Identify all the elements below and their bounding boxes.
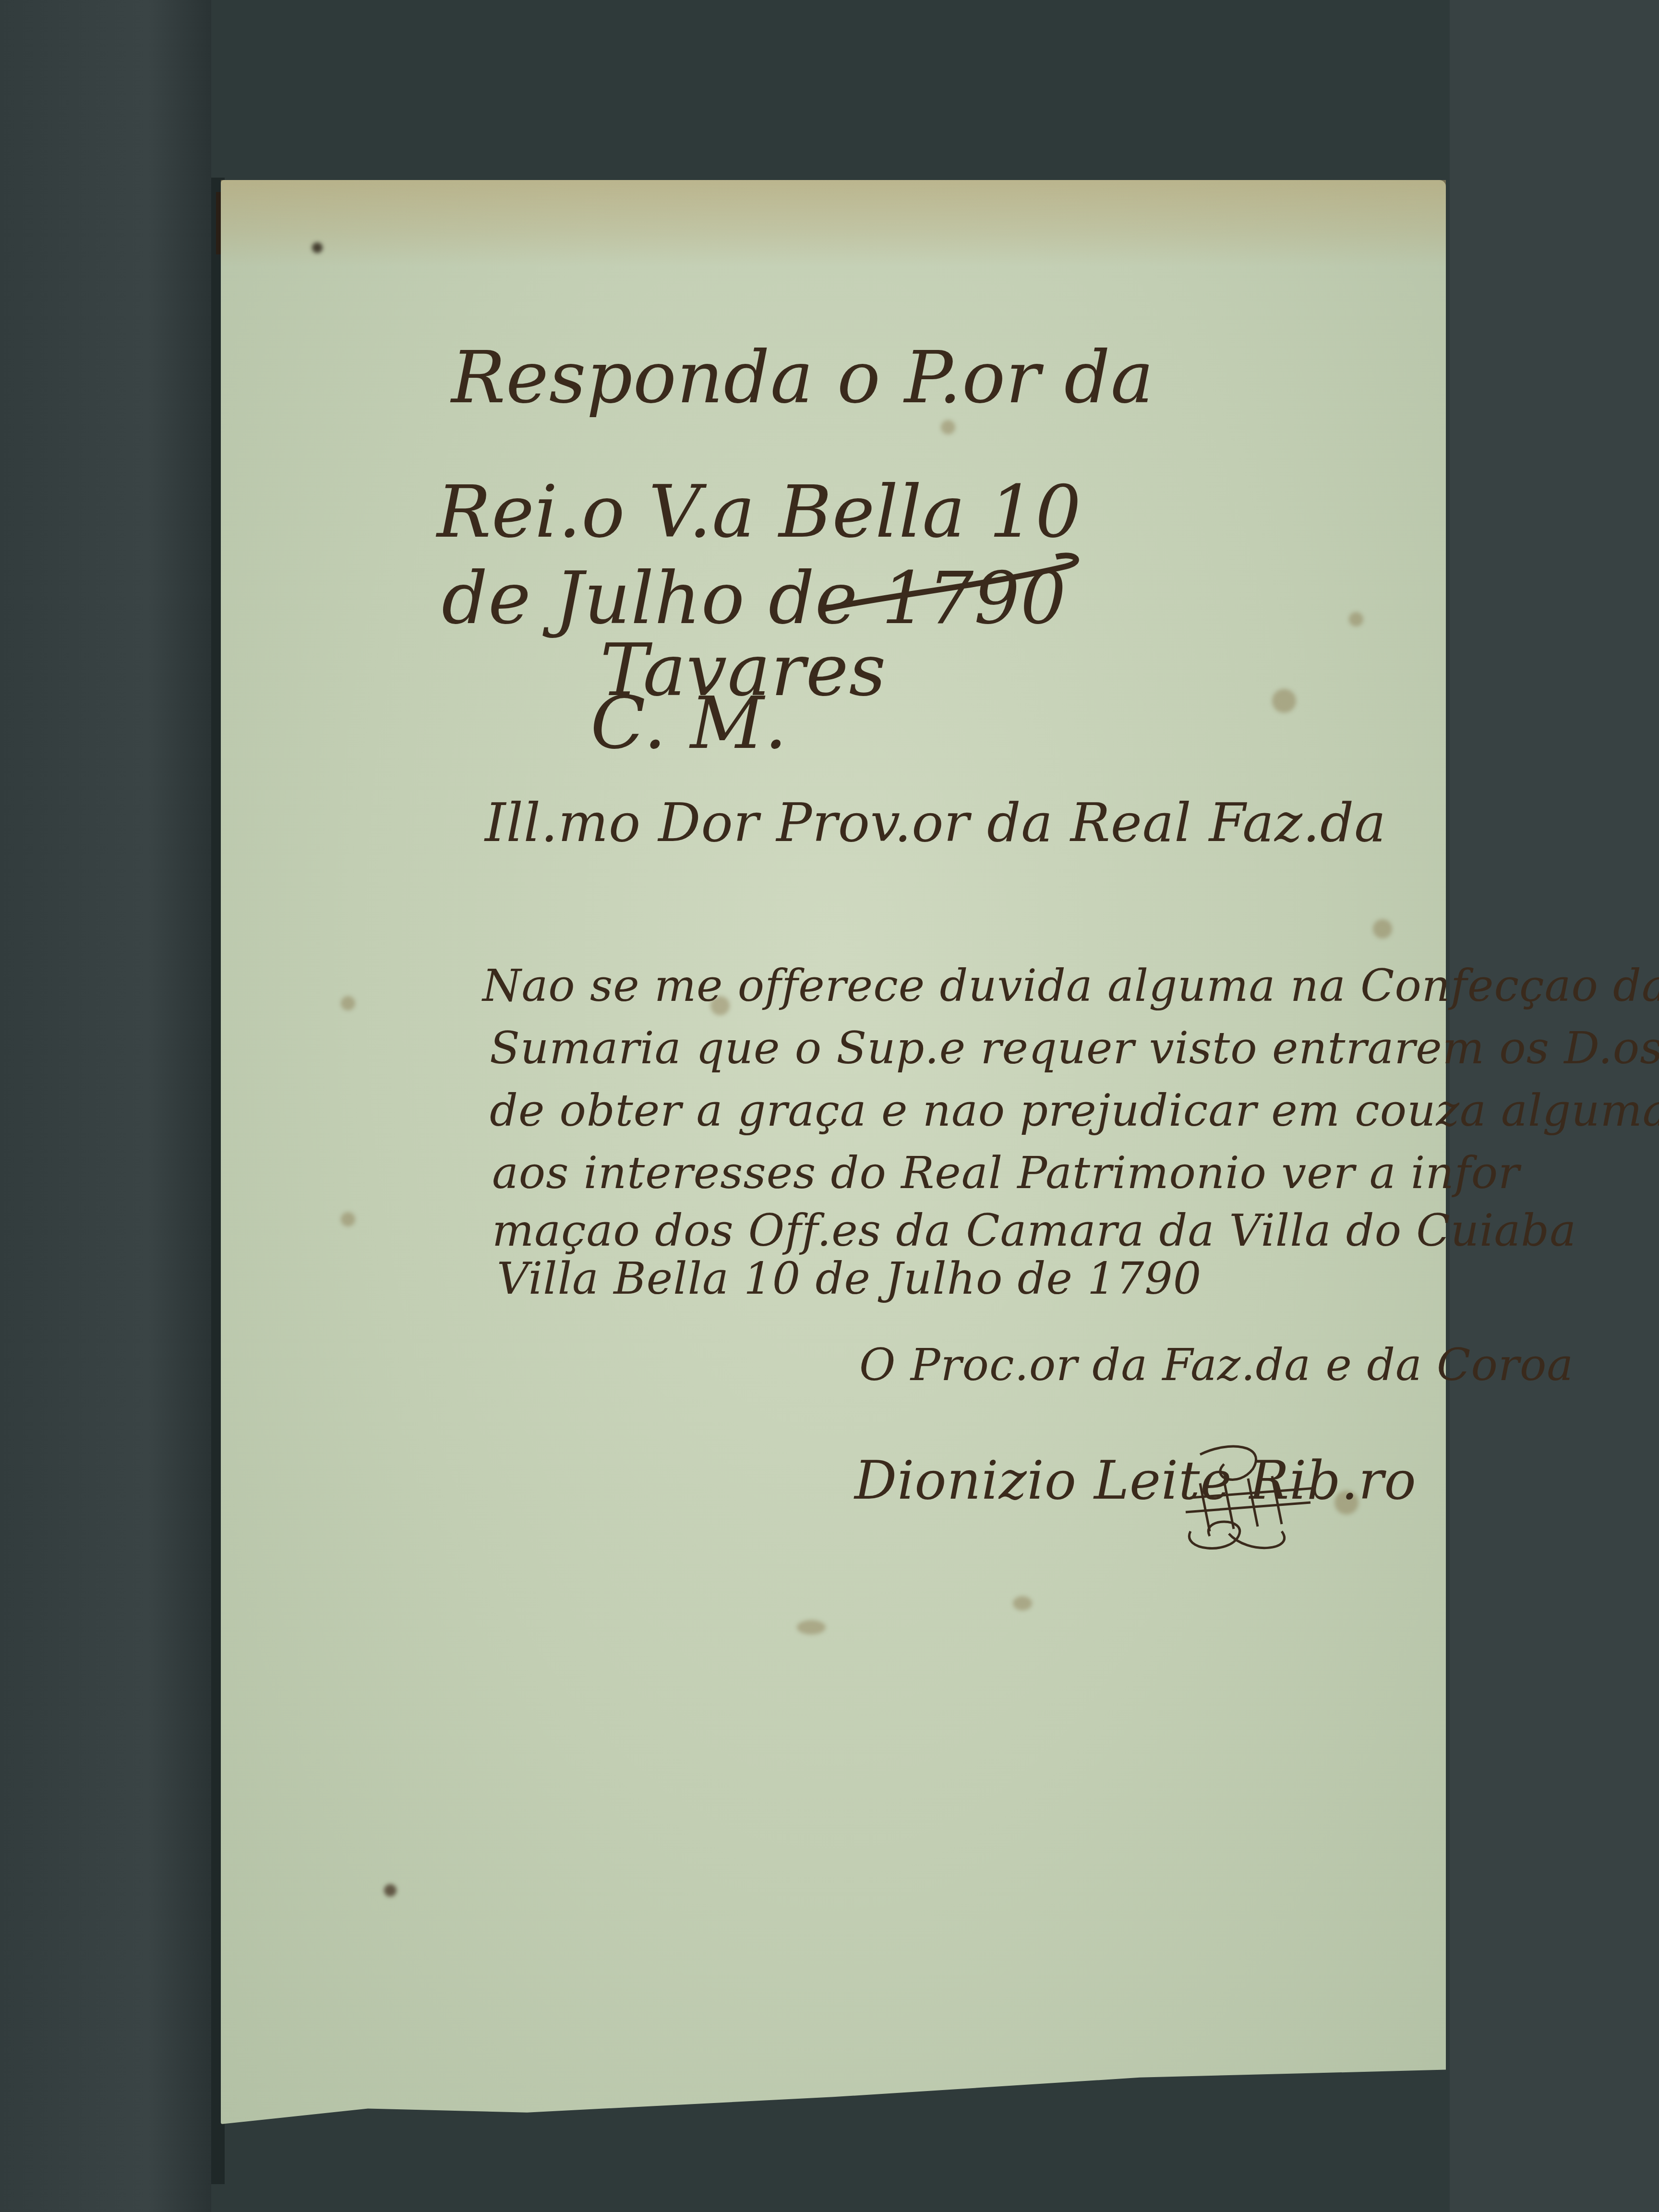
body-line-2: Sumaria que o Sup.e requer visto entrare…	[490, 1022, 1659, 1074]
foxing-spot	[1272, 689, 1296, 713]
foxing-spot	[1349, 612, 1363, 626]
foxing-spot	[341, 996, 355, 1010]
foxing-spot	[384, 1884, 397, 1897]
body-line-1: Nao se me offerece duvida alguma na Conf…	[482, 960, 1659, 1011]
body-line-4: aos interesses do Real Patrimonio ver a …	[492, 1147, 1520, 1199]
foxing-spot	[1013, 1596, 1032, 1611]
dispatch-line-2: Rei.o V.a Bella 10	[437, 470, 1082, 554]
foxing-spot	[1373, 919, 1392, 938]
signature-rubric-icon	[1171, 1435, 1344, 1555]
salutation: Ill.mo Dor Prov.or da Real Faz.da	[485, 792, 1386, 854]
body-line-3: de obter a graça e nao prejudicar em cou…	[490, 1085, 1659, 1136]
foxing-spot	[797, 1620, 826, 1635]
foxing-spot	[941, 420, 955, 434]
dark-background-left	[0, 0, 211, 2212]
water-stain	[221, 180, 1446, 266]
body-line-5: maçao dos Off.es da Camara da Villa do C…	[492, 1205, 1576, 1256]
margin-ink-mark	[216, 192, 221, 254]
closing-title: O Proc.or da Faz.da e da Coroa	[859, 1339, 1574, 1391]
foxing-spot	[341, 1212, 355, 1226]
dispatch-line-1: Responda o P.or da	[451, 336, 1154, 420]
date-line: Villa Bella 10 de Julho de 1790	[497, 1253, 1202, 1304]
dispatch-flourish-icon	[816, 552, 1085, 619]
foxing-spot	[312, 242, 323, 253]
dispatch-line-5: C. M.	[590, 682, 788, 765]
